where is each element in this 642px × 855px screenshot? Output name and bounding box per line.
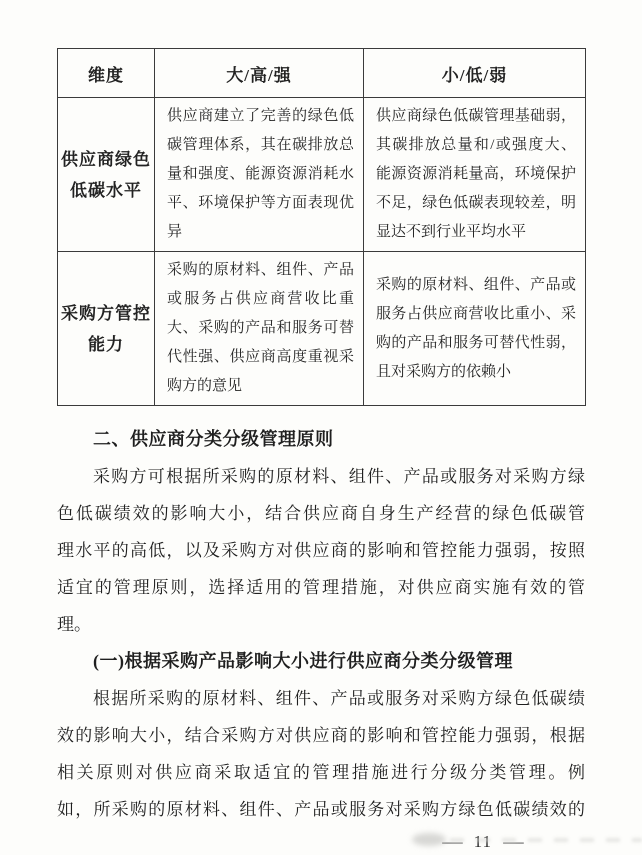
paragraph-line: 理。 [57,606,585,643]
table-row: 供应商绿色 低碳水平 供应商建立了完善的绿色低 碳管理体系，其在碳排放总 量和强… [58,98,586,252]
paragraph-line: 理水平的高低，以及采购方对供应商的影响和管控能力强弱，按照 [57,532,585,569]
cell-supplier-green-high: 供应商建立了完善的绿色低 碳管理体系，其在碳排放总 量和强度、能源资源消耗水 平… [155,98,364,252]
scan-smudge-artifact [412,833,446,846]
header-high: 大/高/强 [155,49,364,98]
page-content: 维度 大/高/强 小/低/弱 供应商绿色 低碳水平 供应商建立了完善的绿色低 碳… [57,48,585,855]
page-number-right-dash: — [503,829,523,855]
paragraph-line: 效的影响大小，结合采购方对供应商的影响和管控能力强弱，根据 [57,717,585,754]
header-dimension: 维度 [58,49,155,98]
supplier-classification-table: 维度 大/高/强 小/低/弱 供应商绿色 低碳水平 供应商建立了完善的绿色低 碳… [57,48,586,406]
table-row: 采购方管控 能力 采购的原材料、组件、产品 或服务占供应商营收比重 大、采购的产… [58,252,586,406]
table-header-row: 维度 大/高/强 小/低/弱 [58,49,586,98]
scan-streak-artifact [450,838,642,842]
page-number-left-dash: — [442,829,462,855]
header-low: 小/低/弱 [364,49,586,98]
cell-purchaser-control-high: 采购的原材料、组件、产品 或服务占供应商营收比重 大、采购的产品和服务可替 代性… [155,252,364,406]
document-page: 维度 大/高/强 小/低/弱 供应商绿色 低碳水平 供应商建立了完善的绿色低 碳… [0,0,642,855]
cell-purchaser-control-low: 采购的原材料、组件、产品或 服务占供应商营收比重小、采 购的产品和服务可替代性弱… [364,252,586,406]
paragraph-line: 相关原则对供应商采取适宜的管理措施进行分级分类管理。例 [57,754,585,791]
section-heading: 二、供应商分类分级管理原则 [57,421,585,458]
subsection-heading: (一)根据采购产品影响大小进行供应商分类分级管理 [57,643,585,680]
paragraph-line: 色低碳绩效的影响大小，结合供应商自身生产经营的绿色低碳管 [57,495,585,532]
paragraph-line: 根据所采购的原材料、组件、产品或服务对采购方绿色低碳绩 [57,680,585,717]
paragraph-line: 如，所采购的原材料、组件、产品或服务对采购方绿色低碳绩效的 [57,791,585,828]
page-number-value: 11 [474,829,492,855]
body-text: 二、供应商分类分级管理原则 采购方可根据所采购的原材料、组件、产品或服务对采购方… [57,421,585,828]
page-number: —11— [57,829,585,855]
row-label-supplier-green-level: 供应商绿色 低碳水平 [58,98,155,252]
paragraph-line: 适宜的管理原则，选择适用的管理措施，对供应商实施有效的管 [57,569,585,606]
cell-supplier-green-low: 供应商绿色低碳管理基础弱， 其碳排放总量和/或强度大、 能源资源消耗量高，环境保… [364,98,586,252]
row-label-purchaser-control: 采购方管控 能力 [58,252,155,406]
paragraph-line: 采购方可根据所采购的原材料、组件、产品或服务对采购方绿 [57,458,585,495]
